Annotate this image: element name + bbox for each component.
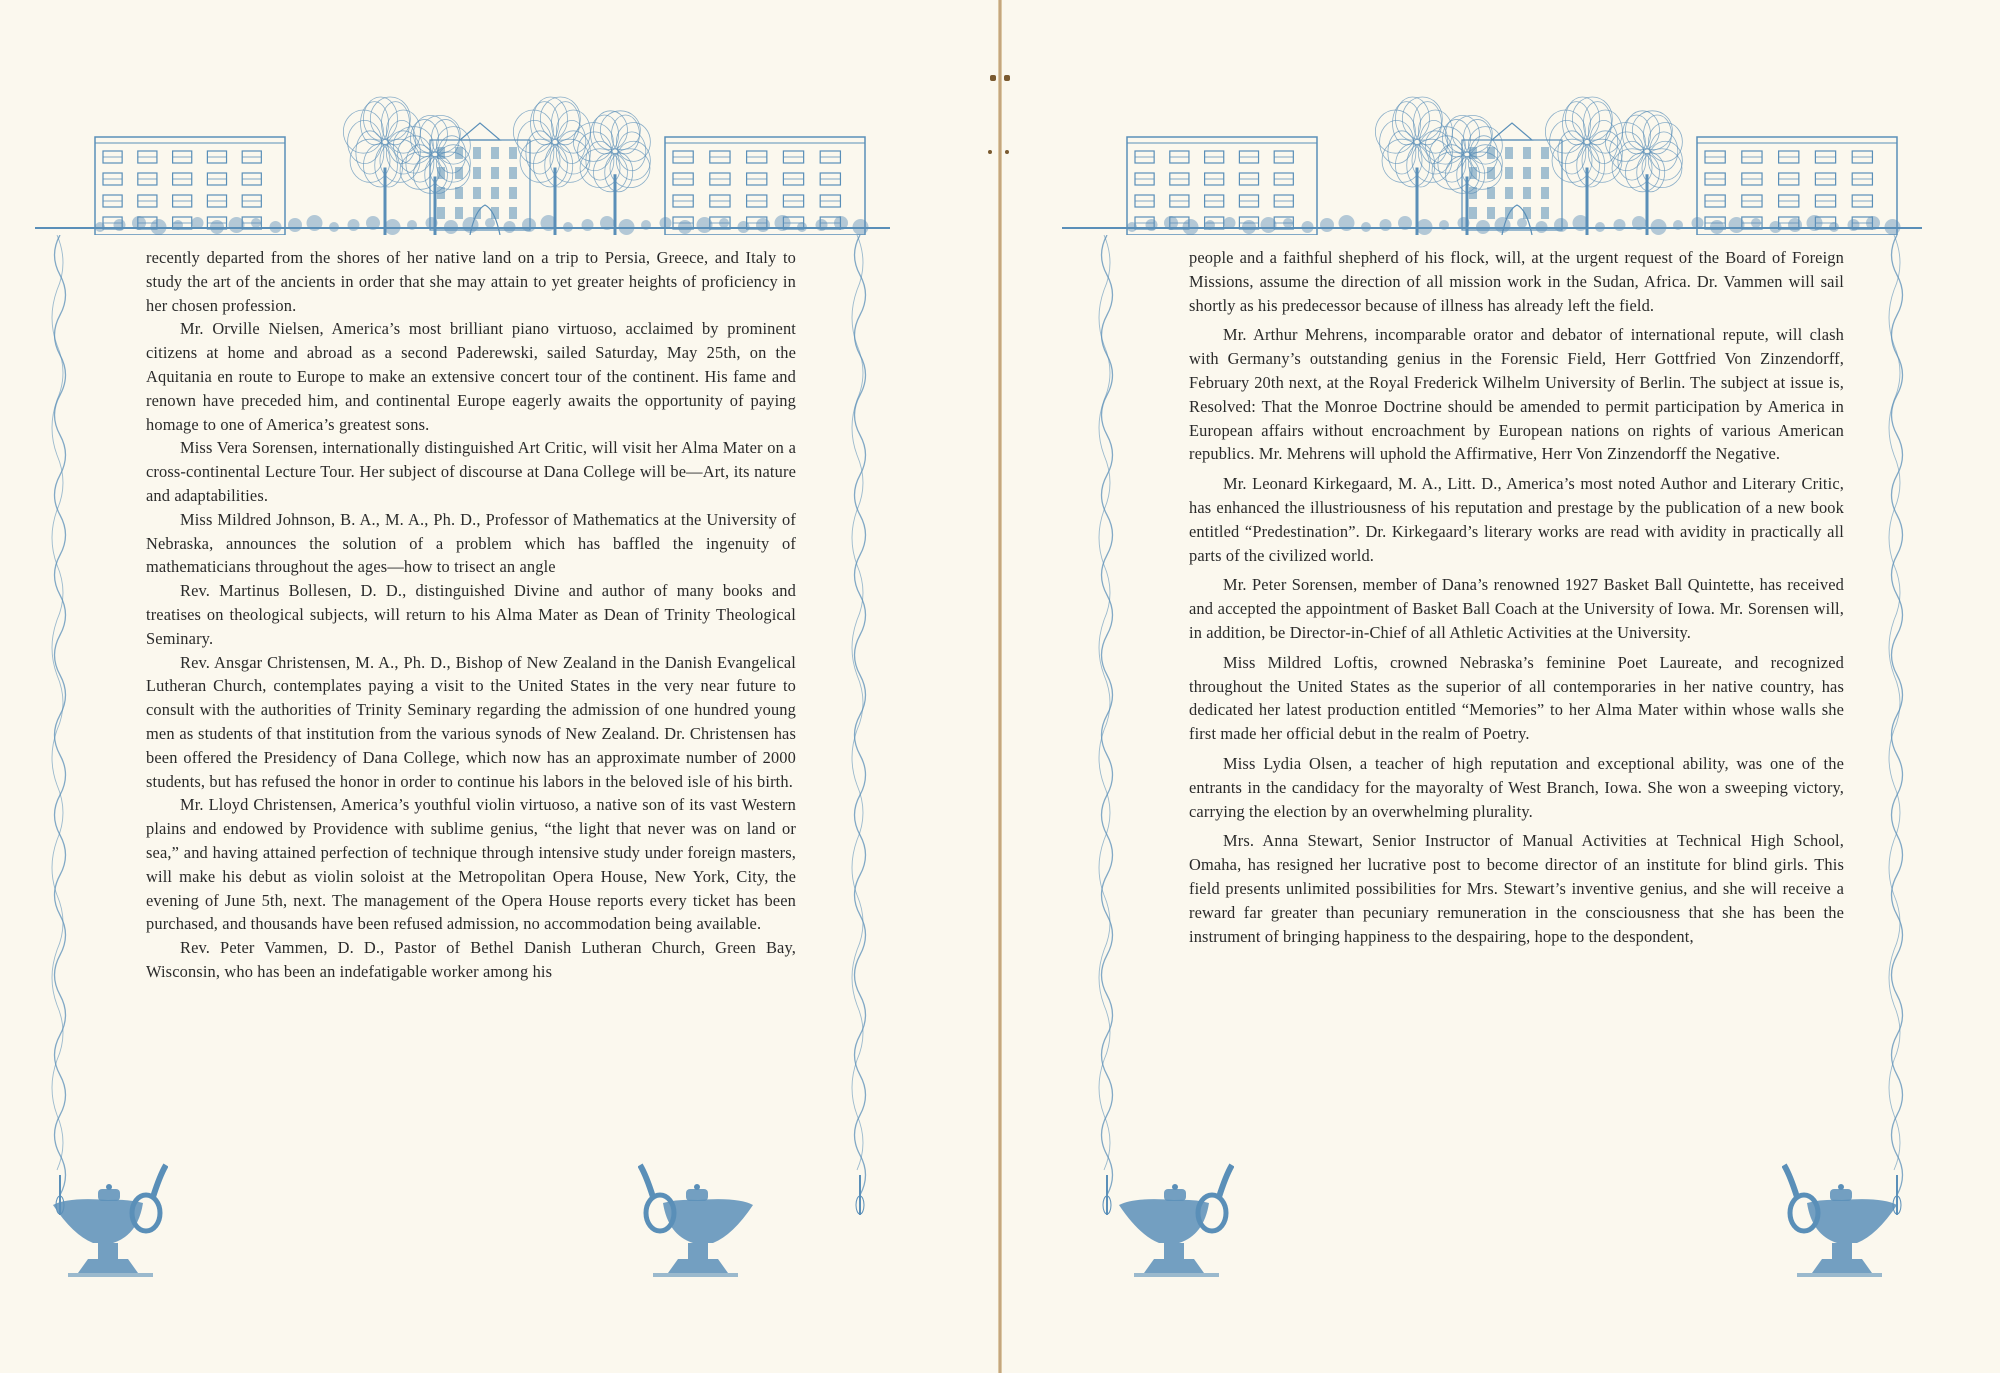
oil-lamp-icon [1114,1155,1234,1285]
right-page: people and a faithful shepherd of his fl… [1002,0,2000,1373]
paragraph: Miss Vera Sorensen, internationally dist… [146,436,796,507]
campus-illustration [75,85,885,235]
vine-border-left [45,235,75,1215]
paragraph: Rev. Martinus Bollesen, D. D., distingui… [146,579,796,650]
paragraph: recently departed from the shores of her… [146,246,796,317]
header-rule [1062,227,1922,229]
oil-lamp-icon [1782,1155,1902,1285]
vine-border-right [1882,235,1912,1215]
paragraph: people and a faithful shepherd of his fl… [1189,246,1844,317]
paragraph: Miss Mildred Johnson, B. A., M. A., Ph. … [146,508,796,579]
vine-border-left [1092,235,1122,1215]
paragraph: Mr. Peter Sorensen, member of Dana’s ren… [1189,573,1844,644]
campus-illustration [1107,85,1917,235]
paragraph: Mr. Leonard Kirkegaard, M. A., Litt. D.,… [1189,472,1844,567]
paragraph: Mr. Orville Nielsen, America’s most bril… [146,317,796,436]
left-page: recently departed from the shores of her… [0,0,998,1373]
oil-lamp-icon [48,1155,168,1285]
yearbook-spread: recently departed from the shores of her… [0,0,2000,1373]
article-text: recently departed from the shores of her… [146,246,796,984]
header-rule [35,227,890,229]
paragraph: Mr. Arthur Mehrens, incomparable orator … [1189,323,1844,466]
vine-border-right [845,235,875,1215]
paragraph: Mr. Lloyd Christensen, America’s youthfu… [146,793,796,936]
paragraph: Miss Mildred Loftis, crowned Nebraska’s … [1189,651,1844,746]
paragraph: Rev. Peter Vammen, D. D., Pastor of Beth… [146,936,796,984]
article-text: people and a faithful shepherd of his fl… [1189,246,1844,954]
paragraph: Mrs. Anna Stewart, Senior Instructor of … [1189,829,1844,948]
paragraph: Miss Lydia Olsen, a teacher of high repu… [1189,752,1844,823]
paragraph: Rev. Ansgar Christensen, M. A., Ph. D., … [146,651,796,794]
oil-lamp-icon [638,1155,758,1285]
